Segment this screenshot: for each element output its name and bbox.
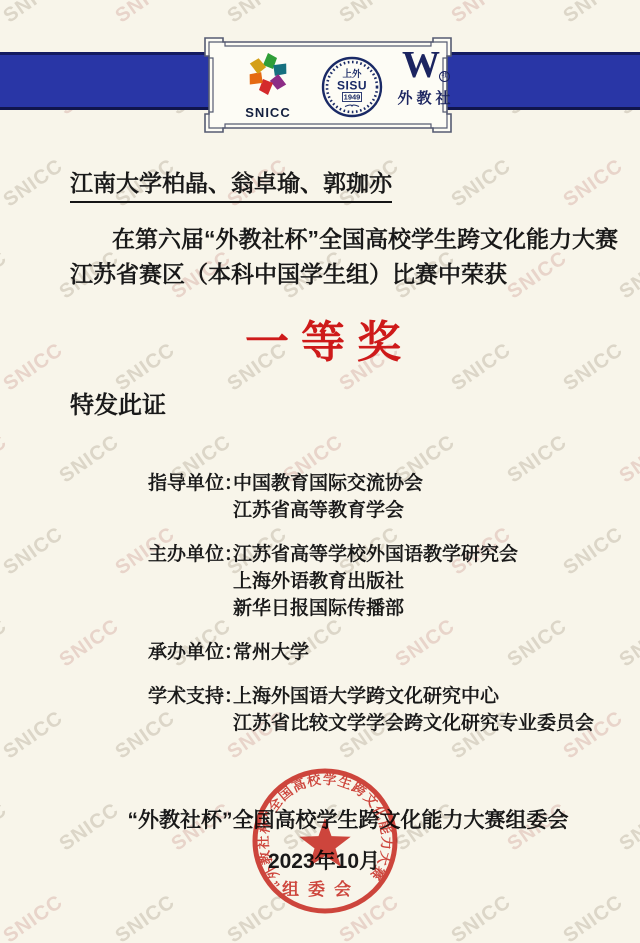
watermark-text: SNICC: [0, 431, 12, 488]
watermark-text: SNICC: [0, 155, 68, 212]
org-line: 上海外语教育出版社: [233, 568, 518, 595]
org-group-academic-support: 学术支持： 上海外国语大学跨文化研究中心 江苏省比较文学学会跨文化研究专业委员会: [148, 683, 594, 737]
watermark-text: SNICC: [615, 615, 640, 672]
star-icon: [299, 818, 350, 867]
recipient-names: 江南大学柏晶、翁卓瑜、郭珈亦: [70, 165, 392, 203]
press-logo-label: 外教社: [393, 87, 459, 108]
organization-list: 指导单位： 中国教育国际交流协会 江苏省高等教育学会 主办单位： 江苏省高等学校…: [148, 470, 594, 754]
org-lines: 常州大学: [233, 639, 309, 666]
org-line: 新华日报国际传播部: [233, 595, 518, 622]
sisu-year-text: 1949: [344, 93, 361, 102]
org-label: 承办单位：: [148, 639, 233, 666]
watermark-text: SNICC: [55, 615, 123, 672]
org-line: 江苏省高等教育学会: [233, 497, 423, 524]
w-mark: W: [402, 44, 438, 86]
watermark-text: SNICC: [615, 431, 640, 488]
watermark-text: SNICC: [111, 0, 179, 28]
org-line: 常州大学: [233, 639, 309, 666]
org-group-organizer: 承办单位： 常州大学: [148, 639, 594, 666]
event-line-2: 江苏省赛区（本科中国学生组）比赛中荣获: [70, 256, 507, 289]
watermark-text: SNICC: [0, 247, 12, 304]
issue-statement: 特发此证: [70, 385, 166, 420]
watermark-text: SNICC: [559, 155, 627, 212]
watermark-text: SNICC: [223, 0, 291, 28]
watermark-text: SNICC: [55, 431, 123, 488]
watermark-text: SNICC: [0, 891, 68, 943]
award-title: 一等奖: [0, 306, 640, 370]
snicc-logo: SNICC: [241, 49, 295, 120]
press-logo: W社 外教社: [393, 45, 459, 108]
watermark-text: SNICC: [503, 247, 571, 304]
logo-row: SNICC 上外 SISU 1949 W社 外教社: [203, 35, 453, 135]
org-line: 江苏省比较文学学会跨文化研究专业委员会: [233, 710, 594, 737]
watermark-text: SNICC: [615, 247, 640, 304]
org-line: 中国教育国际交流协会: [233, 470, 423, 497]
org-label: 主办单位：: [148, 541, 233, 622]
org-lines: 江苏省高等学校外国语教学研究会 上海外语教育出版社 新华日报国际传播部: [233, 541, 518, 622]
sisu-name-text: SISU: [337, 79, 367, 93]
org-group-host: 主办单位： 江苏省高等学校外国语教学研究会 上海外语教育出版社 新华日报国际传播…: [148, 541, 594, 622]
watermark-text: SNICC: [0, 707, 68, 764]
watermark-text: SNICC: [559, 0, 627, 28]
registered-mark-icon: 社: [439, 71, 450, 82]
snicc-pinwheel-icon: [241, 49, 295, 99]
committee-seal: “外教社杯”全国高校学生跨文化能力大赛 组委会: [247, 763, 403, 919]
sisu-seal-logo: 上外 SISU 1949: [321, 56, 383, 118]
watermark-text: SNICC: [0, 523, 68, 580]
watermark-text: SNICC: [447, 891, 515, 943]
watermark-text: SNICC: [0, 615, 12, 672]
org-group-guidance: 指导单位： 中国教育国际交流协会 江苏省高等教育学会: [148, 470, 594, 524]
watermark-text: SNICC: [447, 0, 515, 28]
watermark-text: SNICC: [335, 0, 403, 28]
logo-plaque: SNICC 上外 SISU 1949 W社 外教社: [203, 35, 453, 135]
org-label: 学术支持：: [148, 683, 233, 737]
certificate-page: SNICCSNICCSNICCSNICCSNICCSNICCSNICCSNICC…: [0, 0, 640, 943]
watermark-text: SNICC: [111, 891, 179, 943]
org-lines: 上海外国语大学跨文化研究中心 江苏省比较文学学会跨文化研究专业委员会: [233, 683, 594, 737]
org-lines: 中国教育国际交流协会 江苏省高等教育学会: [233, 470, 423, 524]
watermark-text: SNICC: [559, 891, 627, 943]
watermark-text: SNICC: [0, 0, 68, 28]
snicc-logo-label: SNICC: [241, 105, 295, 120]
org-label: 指导单位：: [148, 470, 233, 524]
seal-bottom-text: 组委会: [282, 879, 360, 899]
watermark-text: SNICC: [447, 155, 515, 212]
org-line: 江苏省高等学校外国语教学研究会: [233, 541, 518, 568]
org-line: 上海外国语大学跨文化研究中心: [233, 683, 594, 710]
event-line-1: 在第六届“外教社杯”全国高校学生跨文化能力大赛: [112, 221, 618, 254]
